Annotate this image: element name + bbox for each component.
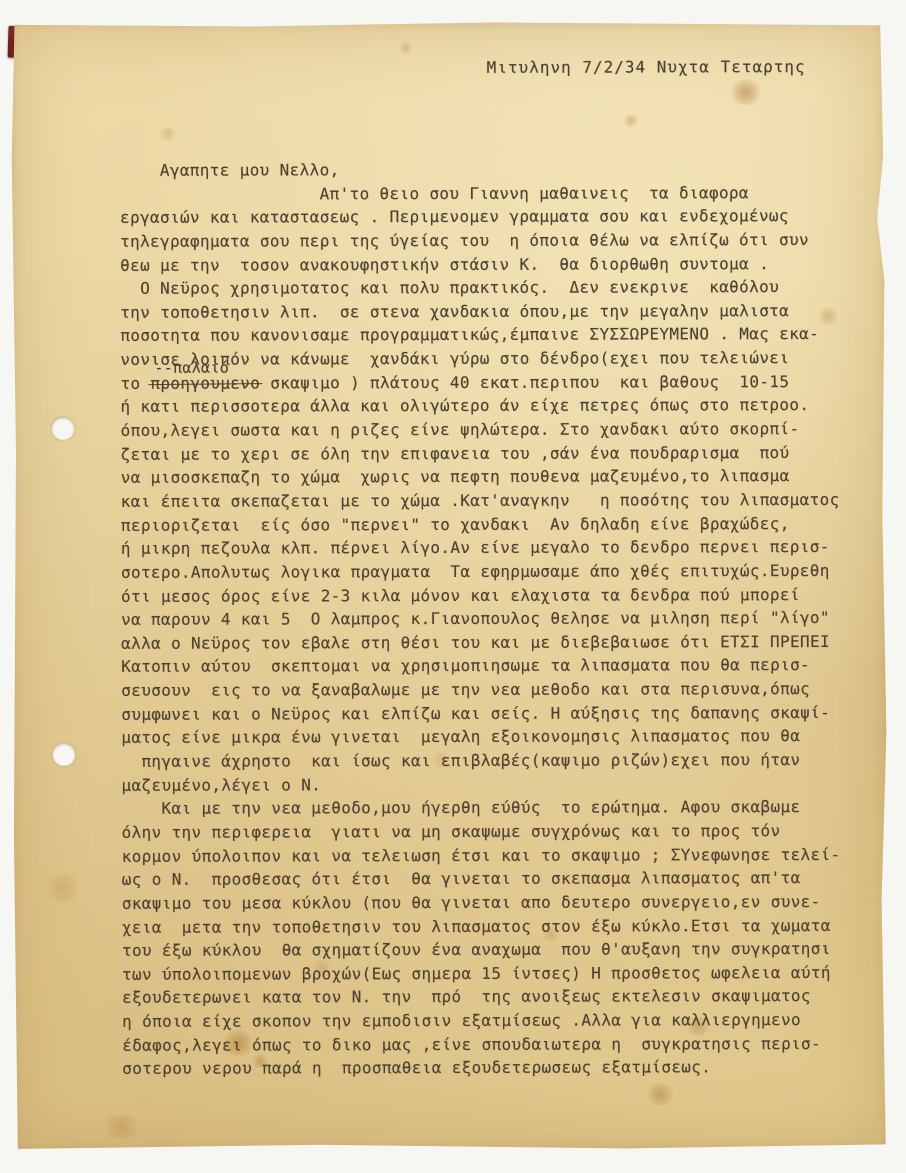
scan-background: Μιτυληνη 7/2/34 Νυχτα Τεταρτης Αγαπητε μ… bbox=[0, 0, 906, 1173]
punch-hole bbox=[52, 417, 75, 440]
letter-line: των ύπολοιπομενων βροχών(Εως σημερα 15 ί… bbox=[122, 961, 861, 987]
letter-line: το προηγουμενο--παλαιό σκαψιμο ) πλάτους… bbox=[120, 370, 859, 396]
line-text: σκαψιμο ) πλάτους 40 εκατ.περιπου και βα… bbox=[260, 372, 789, 392]
paper-stain bbox=[99, 1115, 143, 1139]
letter-line: και έπειτα σκεπαζεται με το χώμα .Κατ'αν… bbox=[121, 488, 860, 514]
inserted-word: --παλαιό bbox=[154, 356, 229, 380]
letter-line: πηγαινε άχρηστο και ίσως και επιβλαβές(κ… bbox=[121, 748, 860, 774]
correction: προηγουμενο--παλαιό bbox=[150, 371, 260, 395]
letter-line: θεω με την τοσον ανακουφηστικήν στάσιν Κ… bbox=[120, 251, 859, 277]
letter-line: όλην την περιφερεια γιατι να μη σκαψωμε … bbox=[122, 819, 861, 845]
paper-stain bbox=[159, 127, 177, 141]
letter-line: εργασιών και καταστασεως . Περιμενομεν γ… bbox=[120, 204, 859, 230]
letter-line: ματος είνε μικρα ένω γινεται μεγαλη εξοι… bbox=[121, 724, 860, 750]
line-text: το bbox=[120, 374, 150, 393]
punch-hole bbox=[52, 743, 75, 766]
letter-line: ή κατι περισσοτερα άλλα και ολιγώτερο άν… bbox=[120, 393, 859, 419]
letter-line: ποσοτητα που κανονισαμε προγραμματικώς,έ… bbox=[120, 322, 859, 348]
letter-line: περιοριζεται είς όσο "περνει" το χανδακι… bbox=[121, 512, 860, 538]
letter-line: Ο Νεϋρος χρησιμοτατος και πολυ πρακτικός… bbox=[120, 275, 859, 301]
letter-line: αλλα ο Νεϋρος τον εβαλε στη θέσι του και… bbox=[121, 630, 860, 656]
letter-body: Αγαπητε μου Νελλο, Απ'το θειο σου Γιαννη… bbox=[120, 157, 861, 1081]
letter-line: Κατοπιν αύτου σκεπτομαι να χρησιμοπιησωμ… bbox=[121, 653, 860, 679]
letter-line: να παρουν 4 και 5 Ο λαμπρος κ.Γιανοπουλο… bbox=[121, 606, 860, 632]
letter-line: ζεται με το χερι σε όλη την επιφανεια το… bbox=[121, 441, 860, 467]
letter-line: Και με την νεα μεθοδο,μου ήγερθη εύθύς τ… bbox=[122, 795, 861, 821]
letter-line: να μισοσκεπαζη το χώμα χωρις να πεφτη πο… bbox=[121, 464, 860, 490]
letter-line: σευσουν εις το να ξαναβαλωμε με την νεα … bbox=[121, 677, 860, 703]
letter-date: Μιτυληνη 7/2/34 Νυχτα Τεταρτης bbox=[487, 57, 806, 77]
paper-stain bbox=[399, 42, 413, 54]
letter-line: Αγαπητε μου Νελλο, bbox=[120, 157, 859, 183]
letter-line: Απ'το θειο σου Γιαννη μαθαινεις τα διαφο… bbox=[120, 181, 859, 207]
letter-line: νονισε λοιπόν να κάνωμε χανδάκι γύρω στο… bbox=[120, 346, 859, 372]
letter-line: σοτερου νερου παρά η προσπαθεια εξουδετε… bbox=[122, 1055, 861, 1081]
letter-line: εξουδετερωνει κατα τον Ν. την πρό της αν… bbox=[122, 984, 861, 1010]
letter-paragraph: Ο Νεϋρος χρησιμοτατος και πολυ πρακτικός… bbox=[120, 275, 860, 797]
paper-stain bbox=[43, 873, 83, 903]
paper-stain bbox=[645, 1083, 675, 1105]
letter-line: ή μικρη πεζουλα κλπ. πέρνει λίγο.Αν είνε… bbox=[121, 535, 860, 561]
letter-line: η όποια είχε σκοπον την εμποδισιν εξατμί… bbox=[122, 1008, 861, 1034]
letter-line: σκαψιμο του μεσα κύκλου (που θα γινεται … bbox=[122, 890, 861, 916]
letter-paragraph: Αγαπητε μου Νελλο, bbox=[120, 157, 859, 183]
letter-paragraph: Και με την νεα μεθοδο,μου ήγερθη εύθύς τ… bbox=[122, 795, 862, 1081]
letter-line: σοτερο.Απολυτως λογικα πραγματα Τα εφηρμ… bbox=[121, 559, 860, 585]
letter-line: έδαφος,λεγει όπως το δικο μας ,είνε σπου… bbox=[122, 1032, 861, 1058]
letter-line: συμφωνει και ο Νεϋρος και ελπίζω και σεί… bbox=[121, 701, 860, 727]
letter-line: του έξω κύκλου θα σχηματίζουν ένα αναχωμ… bbox=[122, 937, 861, 963]
letter-paper: Μιτυληνη 7/2/34 Νυχτα Τεταρτης Αγαπητε μ… bbox=[11, 21, 888, 1151]
letter-line: κορμον ύπολοιπον και να τελειωση έτσι κα… bbox=[122, 843, 861, 869]
letter-line: όπου,λεγει σωστα και η ριζες είνε ψηλώτε… bbox=[121, 417, 860, 443]
letter-line: χεια μετα την τοποθετησιν του λιπασματος… bbox=[122, 913, 861, 939]
letter-line: ότι μεσος όρος είνε 2-3 κιλα μόνον και ε… bbox=[121, 582, 860, 608]
letter-paragraph: Απ'το θειο σου Γιαννη μαθαινεις τα διαφο… bbox=[120, 181, 859, 277]
letter-line: την τοποθετησιν λιπ. σε στενα χανδακια ό… bbox=[120, 299, 859, 325]
letter-line: τηλεγραφηματα σου περι της ύγείας του η … bbox=[120, 228, 859, 254]
letter-line: μαζευμένο,λέγει ο Ν. bbox=[121, 772, 860, 798]
paper-stain bbox=[729, 79, 763, 105]
letter-line: ως ο Ν. προσθεσας ότι έτσι θα γινεται το… bbox=[122, 866, 861, 892]
paper-stain bbox=[623, 114, 639, 128]
